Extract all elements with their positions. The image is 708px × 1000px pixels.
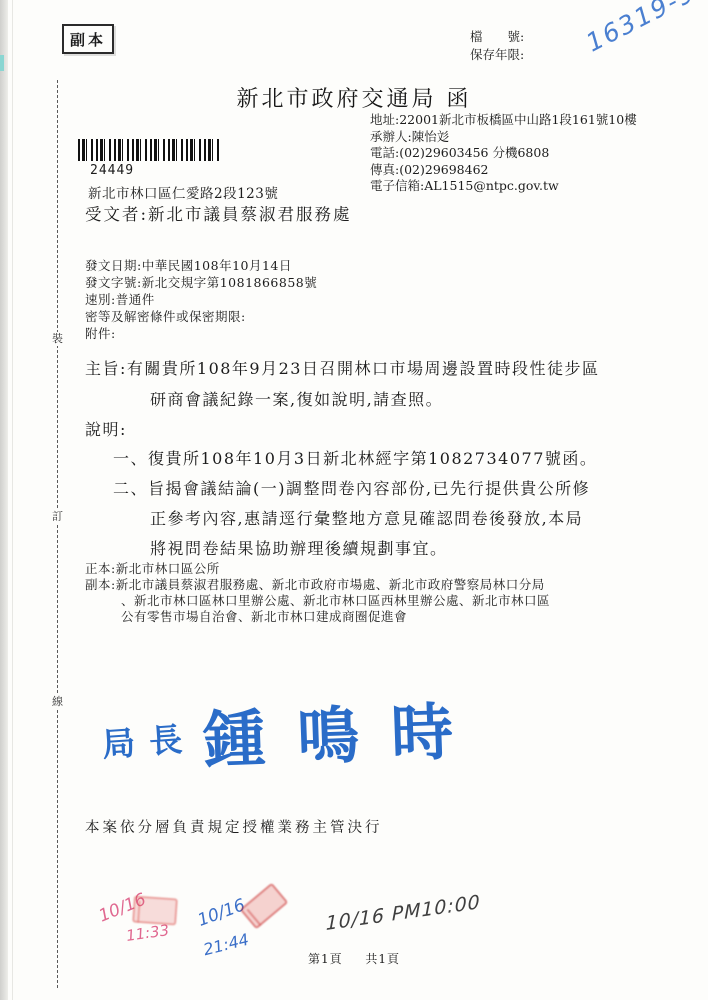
cc-recipients-line-1: 副本:新北市議員蔡淑君服務處、新北市政府市場處、新北市政府警察局林口分局 [85, 577, 545, 593]
sender-officer: 承辦人:陳怡彣 [370, 129, 637, 146]
handwritten-note-black: 10/16 PM10:00 [326, 891, 481, 935]
scan-edge-shadow [0, 0, 8, 1000]
explanation-item-2-line-2: 正參考內容,惠請逕行彙整地方意見確認問卷後發放,本局 [150, 506, 583, 529]
retention-period-label: 保存年限: [470, 46, 524, 64]
copy-label-box: 副本 [62, 24, 114, 54]
total-pages: 共1頁 [365, 952, 400, 966]
issue-date: 發文日期:中華民國108年10月14日 [85, 257, 317, 274]
sender-phone: 電話:(02)29603456 分機6808 [370, 145, 637, 162]
handwritten-date-blue: 10/16 [195, 895, 248, 931]
barcode-number: 24449 [90, 163, 134, 178]
explanation-item-2-line-1: 二、旨揭會議結論(一)調整問卷內容部份,已先行提供貴公所修 [113, 476, 590, 499]
red-name-stamp-1 [132, 895, 178, 925]
document-meta-block: 發文日期:中華民國108年10月14日 發文字號:新北交規字第108186685… [85, 257, 317, 342]
sender-email: 電子信箱:AL1515@ntpc.gov.tw [370, 178, 637, 195]
delegation-decision-line: 本案依分層負責規定授權業務主管決行 [85, 816, 383, 837]
scan-crease-line [12, 0, 13, 1000]
explanation-item-2-line-3: 將視問卷結果協助辦理後續規劃事宜。 [150, 536, 448, 559]
sender-address: 地址:22001新北市板橋區中山路1段161號10樓 [370, 112, 637, 129]
handwritten-file-number: 16319-9 [581, 0, 700, 57]
cc-recipients-line-2: 、新北市林口區林口里辦公處、新北市林口區西林里辦公處、新北市林口區 [121, 593, 550, 609]
binding-mark-ding: 訂 [50, 510, 65, 524]
file-number-block: 檔 號: 保存年限: [470, 28, 524, 64]
page-number: 第1頁 [308, 952, 343, 966]
sender-info-block: 地址:22001新北市板橋區中山路1段161號10樓 承辦人:陳怡彣 電話:(0… [370, 112, 637, 195]
cc-recipients-line-3: 公有零售市場自治會、新北市林口建成商圈促進會 [121, 609, 407, 625]
binding-dashed-line [57, 80, 58, 988]
priority: 速別:普通件 [85, 291, 317, 308]
scan-color-artifact [0, 55, 4, 71]
recipient-address: 新北市林口區仁愛路2段123號 [88, 182, 278, 202]
signer-title: 局長 [100, 713, 197, 766]
barcode [78, 139, 220, 161]
document-title: 新北市政府交通局 函 [0, 82, 708, 113]
recipient-line: 受文者:新北市議員蔡淑君服務處 [85, 201, 352, 225]
sender-fax: 傳真:(02)29698462 [370, 162, 637, 179]
issue-number: 發文字號:新北交規字第1081866858號 [85, 274, 317, 291]
binding-mark-zhuang: 裝 [50, 332, 65, 346]
official-letter-page: 裝 訂 線 副本 檔 號: 保存年限: 16319-9 新北市政府交通局 函 地… [0, 0, 708, 1000]
subject-line-1: 主旨:有關貴所108年9月23日召開林口市場周邊設置時段性徒步區 [85, 356, 599, 379]
explanation-item-1: 一、復貴所108年10月3日新北林經字第1082734077號函。 [113, 446, 597, 469]
original-recipient-line: 正本:新北市林口區公所 [85, 561, 220, 577]
subject-line-2: 研商會議紀錄一案,復如說明,請查照。 [150, 387, 443, 410]
binding-mark-xian: 線 [50, 695, 65, 709]
page-footer: 第1頁 共1頁 [0, 950, 708, 967]
explanation-label: 說明: [85, 417, 127, 440]
attachment-label: 附件: [85, 325, 317, 342]
file-number-label: 檔 號: [470, 28, 524, 46]
security-classification: 密等及解密條件或保密期限: [85, 308, 317, 325]
signer-name-signature: 鍾鳴時 [202, 681, 487, 780]
red-name-stamp-2 [240, 883, 289, 930]
